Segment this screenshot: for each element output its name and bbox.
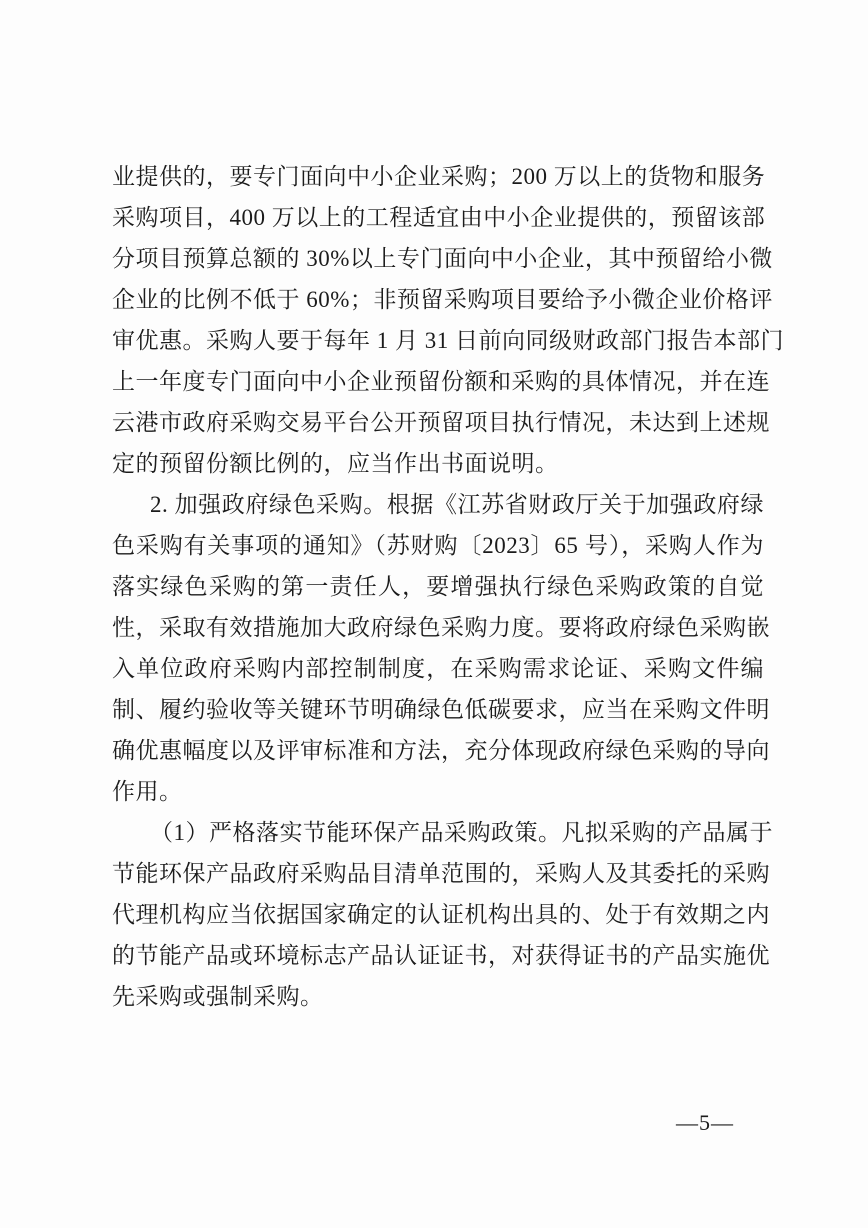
text-line: 先采购或强制采购。	[112, 976, 764, 1017]
text-line: 上一年度专门面向中小企业预留份额和采购的具体情况，并在连	[112, 361, 764, 402]
paragraph-green-procurement: 2. 加强政府绿色采购。根据《江苏省财政厅关于加强政府绿 色采购有关事项的通知》…	[112, 484, 764, 812]
text-line: 分项目预算总额的 30%以上专门面向中小企业，其中预留给小微	[112, 238, 764, 279]
page-number: —5—	[676, 1110, 734, 1135]
text-line: 色采购有关事项的通知》（苏财购〔2023〕65 号），采购人作为	[112, 525, 764, 566]
text-line: 作用。	[112, 771, 764, 812]
text-line: 企业的比例不低于 60%；非预留采购项目要给予小微企业价格评	[112, 279, 764, 320]
text-line: 节能环保产品政府采购品目清单范围的，采购人及其委托的采购	[112, 853, 764, 894]
document-body: 业提供的，要专门面向中小企业采购；200 万以上的货物和服务 采购项目，400 …	[112, 156, 764, 1017]
text-line: 定的预留份额比例的，应当作出书面说明。	[112, 443, 764, 484]
text-line: 代理机构应当依据国家确定的认证机构出具的、处于有效期之内	[112, 894, 764, 935]
text-line: 采购项目，400 万以上的工程适宜由中小企业提供的，预留该部	[112, 197, 764, 238]
text-line: 云港市政府采购交易平台公开预留项目执行情况，未达到上述规	[112, 402, 764, 443]
text-line: 制、履约验收等关键环节明确绿色低碳要求，应当在采购文件明	[112, 689, 764, 730]
text-line: 确优惠幅度以及评审标准和方法，充分体现政府绿色采购的导向	[112, 730, 764, 771]
document-page: 业提供的，要专门面向中小企业采购；200 万以上的货物和服务 采购项目，400 …	[0, 0, 868, 1228]
text-line: 业提供的，要专门面向中小企业采购；200 万以上的货物和服务	[112, 156, 764, 197]
text-line: 2. 加强政府绿色采购。根据《江苏省财政厅关于加强政府绿	[112, 484, 764, 525]
text-line: 性，采取有效措施加大政府绿色采购力度。要将政府绿色采购嵌	[112, 607, 764, 648]
text-line: 入单位政府采购内部控制制度，在采购需求论证、采购文件编	[112, 648, 764, 689]
text-line: 审优惠。采购人要于每年 1 月 31 日前向同级财政部门报告本部门	[112, 320, 764, 361]
page-footer: —5—	[676, 1110, 734, 1136]
text-line: 落实绿色采购的第一责任人，要增强执行绿色采购政策的自觉	[112, 566, 764, 607]
text-line: （1）严格落实节能环保产品采购政策。凡拟采购的产品属于	[112, 812, 764, 853]
paragraph-continued: 业提供的，要专门面向中小企业采购；200 万以上的货物和服务 采购项目，400 …	[112, 156, 764, 484]
text-line: 的节能产品或环境标志产品认证证书，对获得证书的产品实施优	[112, 935, 764, 976]
paragraph-energy-saving: （1）严格落实节能环保产品采购政策。凡拟采购的产品属于 节能环保产品政府采购品目…	[112, 812, 764, 1017]
